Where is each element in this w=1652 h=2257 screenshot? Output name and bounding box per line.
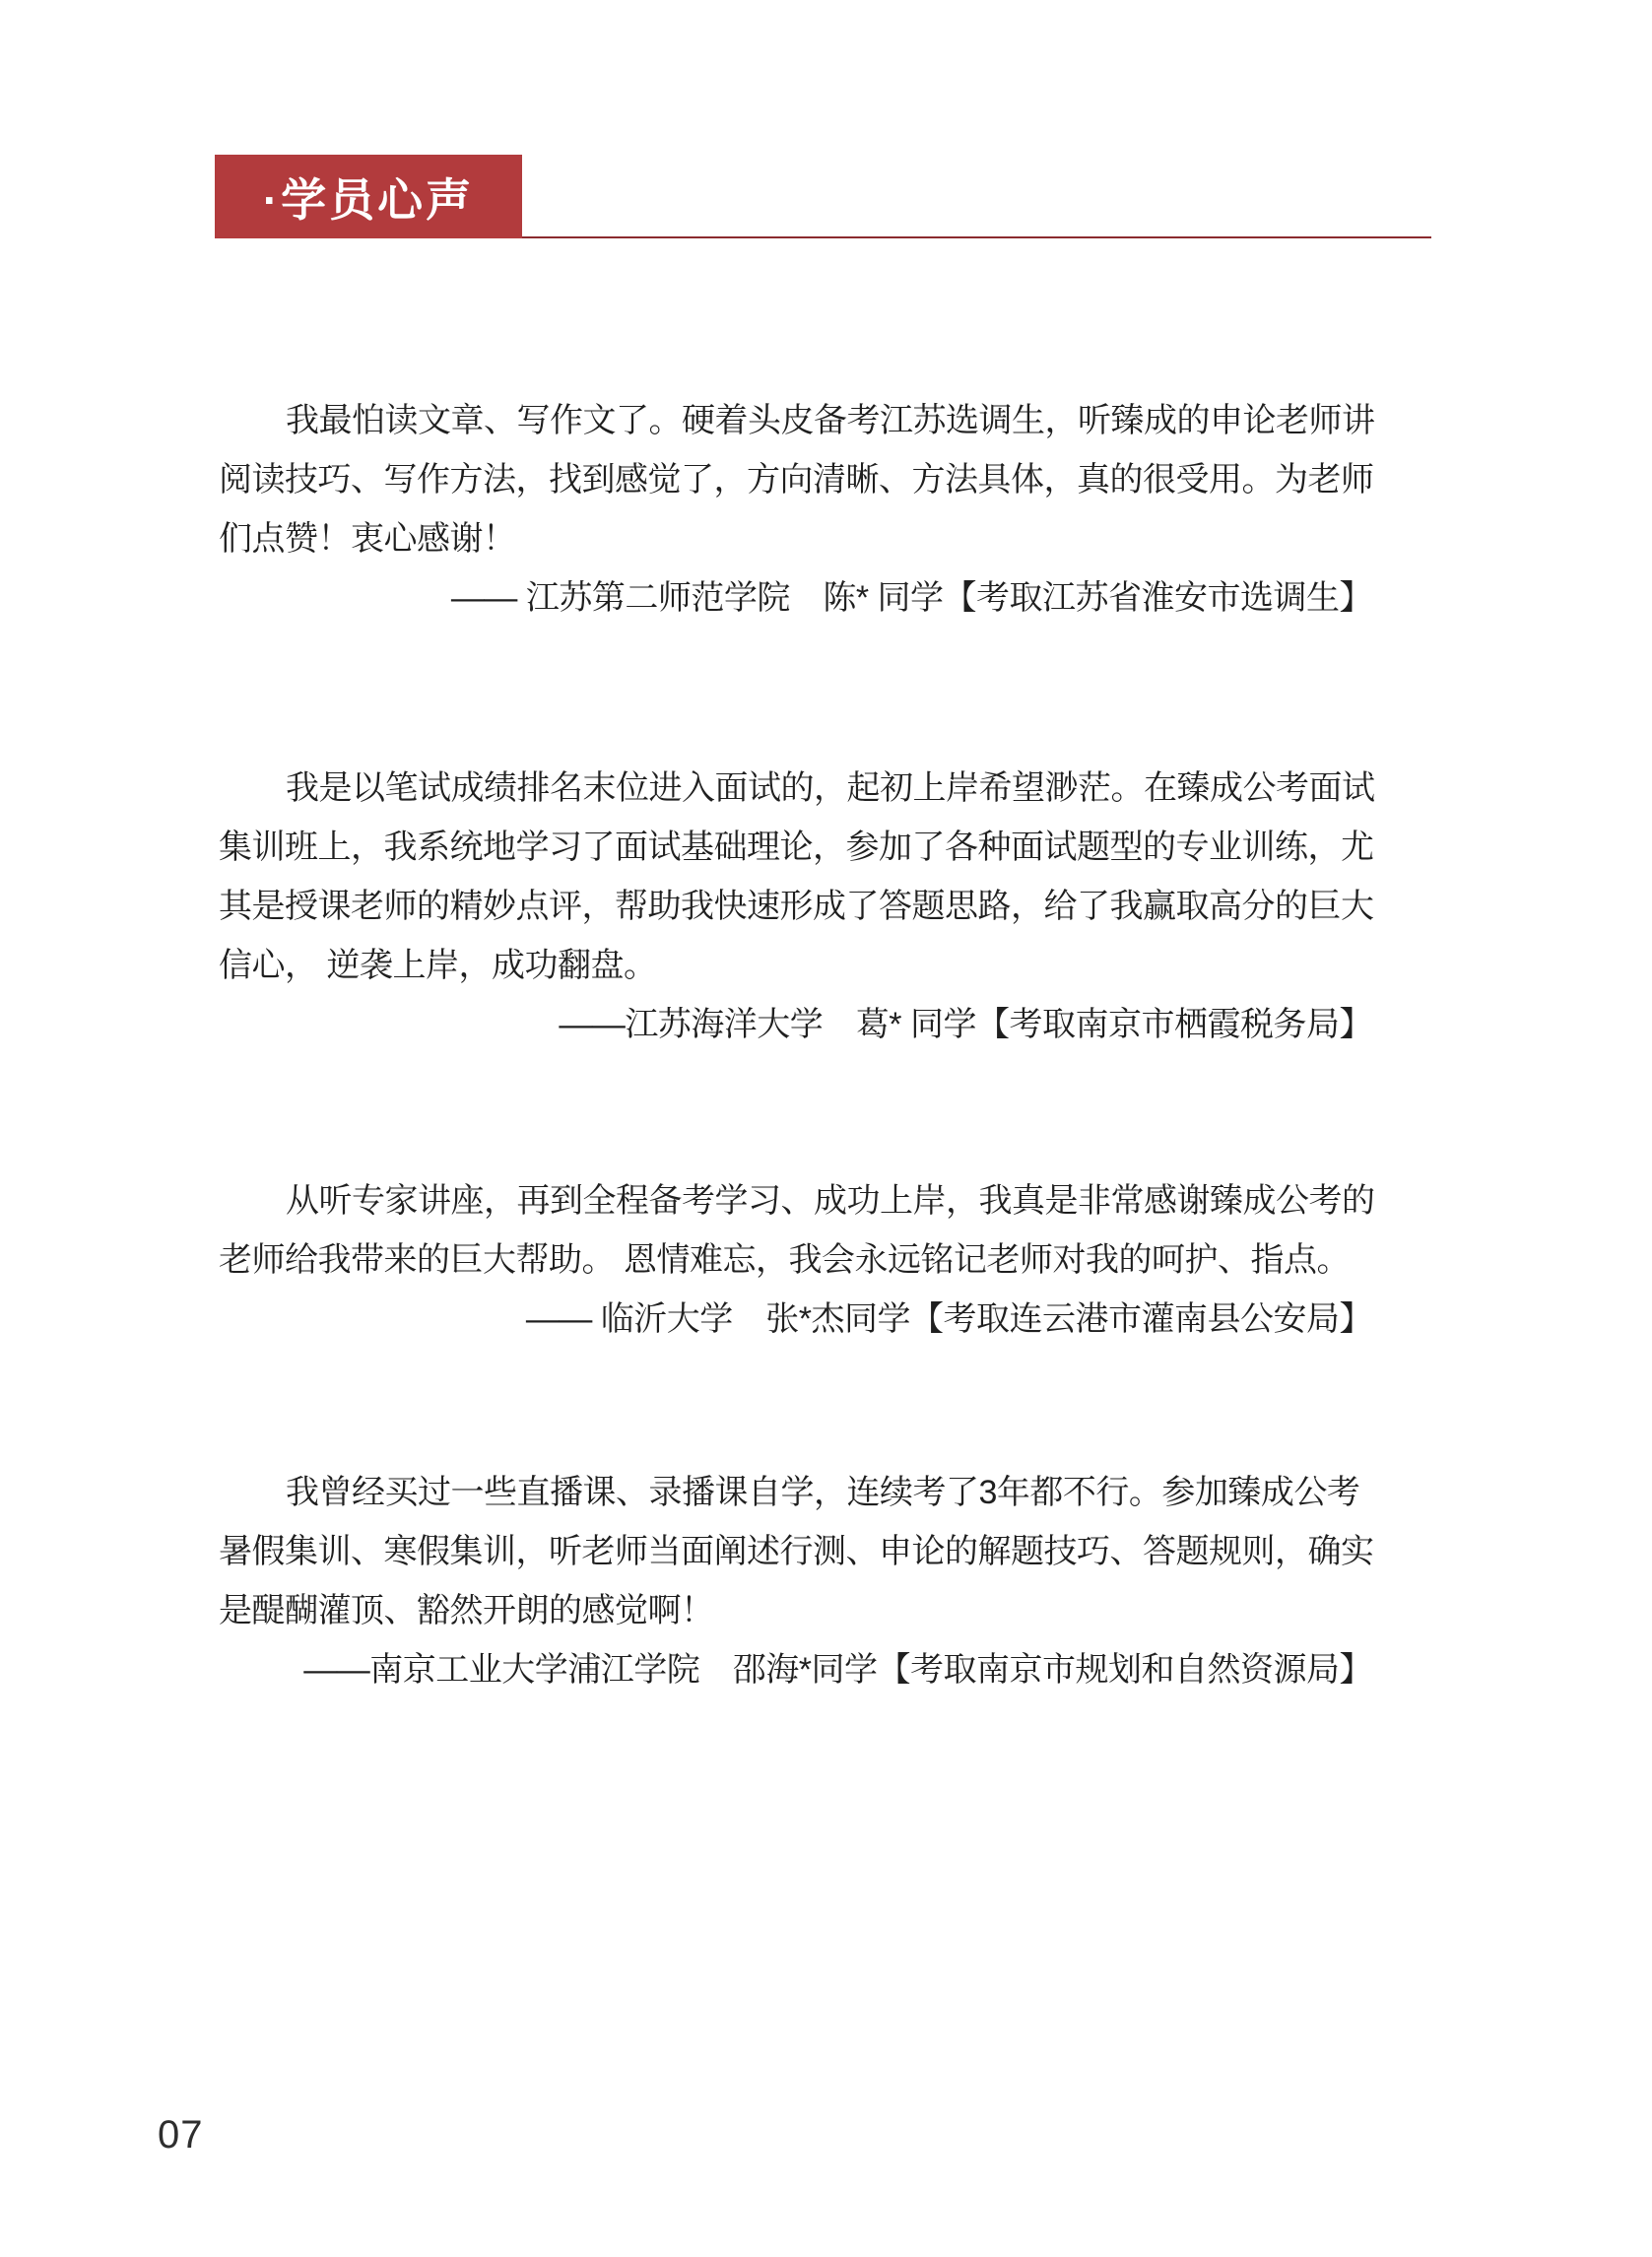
testimonial-line: 我曾经买过一些直播课、录播课自学，连续考了3年都不行。参加臻成公考 — [219, 1463, 1372, 1522]
testimonial-line: 暑假集训、寒假集训，听老师当面阐述行测、申论的解题技巧、答题规则，确实 — [219, 1522, 1372, 1581]
testimonial-line: 们点赞！衷心感谢！ — [219, 509, 1372, 568]
testimonial-attribution: ——江苏海洋大学 葛* 同学【考取南京市栖霞税务局】 — [219, 995, 1372, 1054]
section-title-badge: ·学员心声 — [215, 155, 522, 238]
section-title: ·学员心声 — [263, 165, 474, 230]
testimonial-attribution: —— 临沂大学 张*杰同学【考取连云港市灌南县公安局】 — [219, 1290, 1372, 1349]
testimonial-line: 从听专家讲座，再到全程备考学习、成功上岸，我真是非常感谢臻成公考的 — [219, 1171, 1372, 1230]
testimonial-paragraph: 我是以笔试成绩排名末位进入面试的，起初上岸希望渺茫。在臻成公考面试 集训班上，我… — [219, 759, 1372, 1054]
testimonial-line: 其是授课老师的精妙点评，帮助我快速形成了答题思路，给了我赢取高分的巨大 — [219, 877, 1372, 936]
testimonial-line: 我是以笔试成绩排名末位进入面试的，起初上岸希望渺茫。在臻成公考面试 — [219, 759, 1372, 818]
testimonial-line: 我最怕读文章、写作文了。硬着头皮备考江苏选调生，听臻成的申论老师讲 — [219, 391, 1372, 450]
testimonial-paragraph: 我最怕读文章、写作文了。硬着头皮备考江苏选调生，听臻成的申论老师讲 阅读技巧、写… — [219, 391, 1372, 628]
testimonial-line: 老师给我带来的巨大帮助。 恩情难忘，我会永远铭记老师对我的呵护、指点。 — [219, 1230, 1372, 1290]
testimonial-paragraph: 我曾经买过一些直播课、录播课自学，连续考了3年都不行。参加臻成公考 暑假集训、寒… — [219, 1463, 1372, 1699]
testimonial-line: 是醍醐灌顶、豁然开朗的感觉啊！ — [219, 1581, 1372, 1640]
document-page: ·学员心声 我最怕读文章、写作文了。硬着头皮备考江苏选调生，听臻成的申论老师讲 … — [0, 0, 1652, 2257]
testimonial-paragraph: 从听专家讲座，再到全程备考学习、成功上岸，我真是非常感谢臻成公考的 老师给我带来… — [219, 1171, 1372, 1349]
testimonial-attribution: ——南京工业大学浦江学院 邵海*同学【考取南京市规划和自然资源局】 — [219, 1640, 1372, 1699]
page-number: 07 — [158, 2113, 204, 2157]
testimonial-line: 集训班上，我系统地学习了面试基础理论，参加了各种面试题型的专业训练，尤 — [219, 818, 1372, 877]
testimonial-attribution: —— 江苏第二师范学院 陈* 同学【考取江苏省淮安市选调生】 — [219, 568, 1372, 628]
testimonial-line: 阅读技巧、写作方法，找到感觉了，方向清晰、方法具体，真的很受用。为老师 — [219, 450, 1372, 509]
testimonial-line: 信心， 逆袭上岸，成功翻盘。 — [219, 936, 1372, 995]
